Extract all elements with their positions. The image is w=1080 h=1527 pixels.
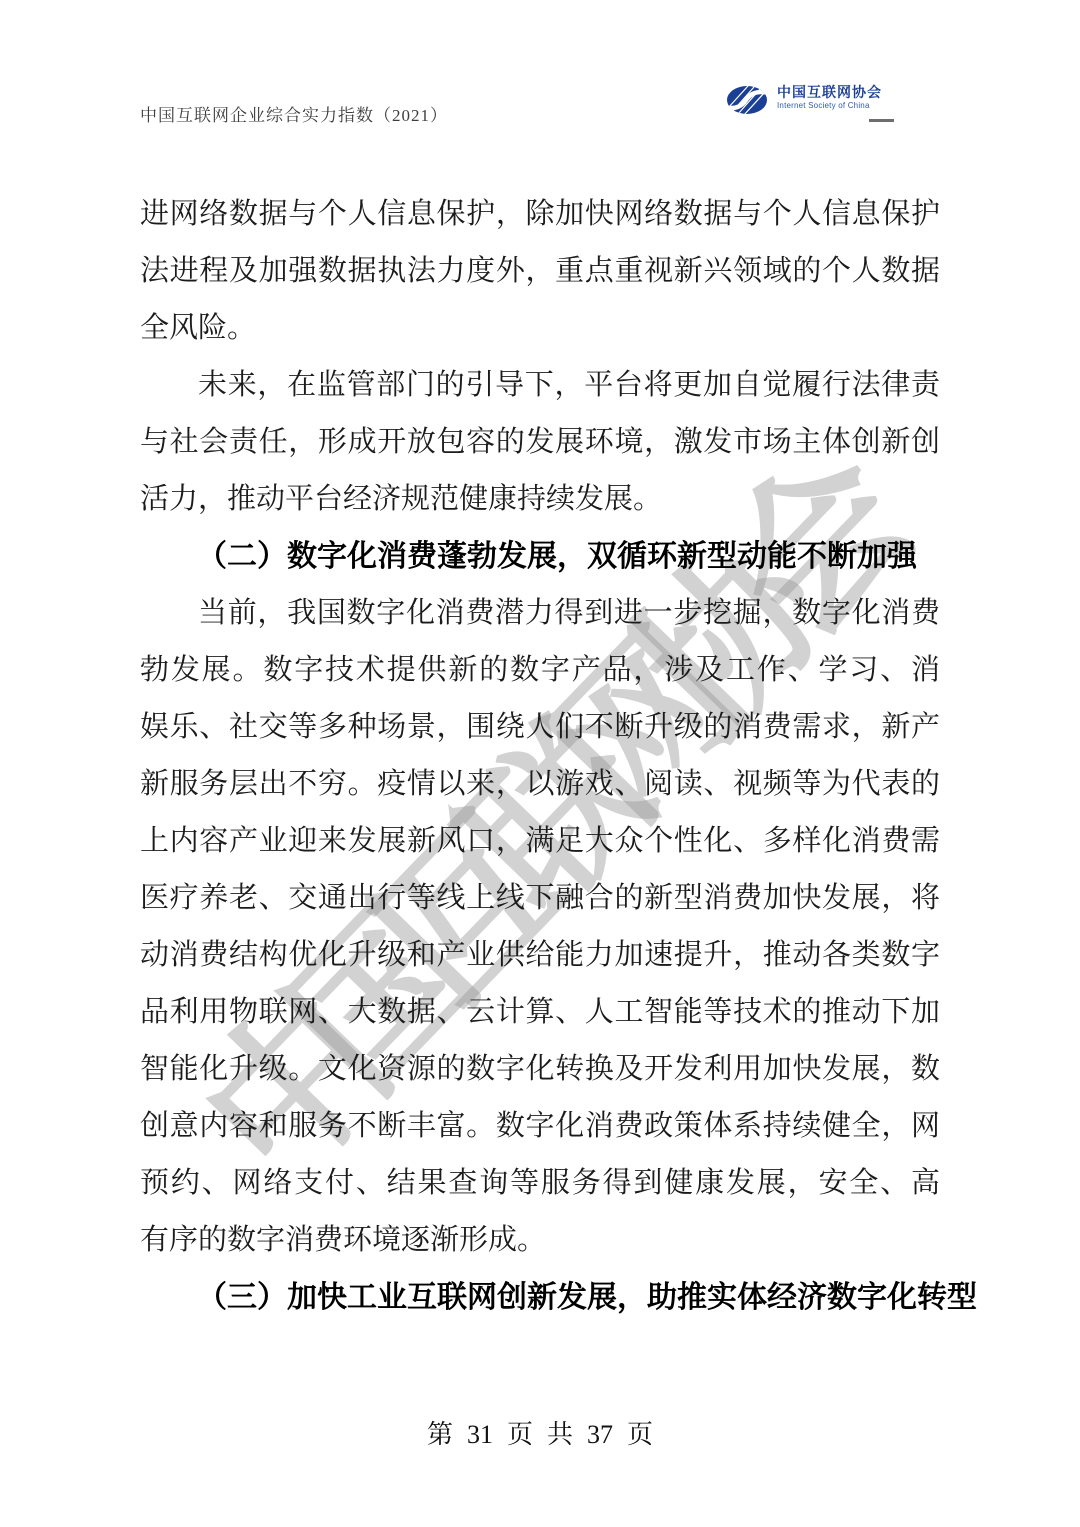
- footer-label-page-end: 页: [627, 1420, 653, 1449]
- org-name-en: Internet Society of China: [777, 101, 882, 110]
- section-heading-3: （三）加快工业互联网创新发展，助推实体经济数字化转型: [140, 1269, 940, 1326]
- footer-current-page: 31: [467, 1420, 493, 1449]
- text-line: 动消费结构优化升级和产业供给能力加速提升，推动各类数字产: [140, 927, 940, 984]
- text-line: 全风险。: [140, 300, 940, 357]
- org-logo-text: 中国互联网协会 Internet Society of China: [777, 84, 882, 110]
- text-line: 法进程及加强数据执法力度外，重点重视新兴领域的个人数据安: [140, 243, 940, 300]
- page-footer: 第31页共37页: [0, 1418, 1080, 1452]
- text-line: 预约、网络支付、结果查询等服务得到健康发展，安全、高效、: [140, 1155, 940, 1212]
- text-line: 有序的数字消费环境逐渐形成。: [140, 1212, 940, 1269]
- footer-total-pages: 37: [587, 1420, 613, 1449]
- text-line: 品利用物联网、大数据、云计算、人工智能等技术的推动下加快: [140, 984, 940, 1041]
- org-name-zh: 中国互联网协会: [777, 84, 882, 100]
- text-line: 娱乐、社交等多种场景，围绕人们不断升级的消费需求，新产品、: [140, 699, 940, 756]
- text-line: 当前，我国数字化消费潜力得到进一步挖掘，数字化消费蓬: [140, 585, 940, 642]
- isoc-globe-icon: [726, 84, 768, 116]
- header-doc-title: 中国互联网企业综合实力指数（2021）: [140, 101, 448, 126]
- text-line: 医疗养老、交通出行等线上线下融合的新型消费加快发展，将推: [140, 870, 940, 927]
- footer-label-page: 页: [507, 1420, 533, 1449]
- text-line: 上内容产业迎来发展新风口，满足大众个性化、多样化消费需求。: [140, 813, 940, 870]
- document-page: 中国互联网协会 中国互联网企业综合实力指数（2021） 中国互联网协会 Inte…: [0, 0, 1080, 1527]
- text-line: 新服务层出不穷。疫情以来，以游戏、阅读、视频等为代表的线: [140, 756, 940, 813]
- text-line: 未来，在监管部门的引导下，平台将更加自觉履行法律责任: [140, 357, 940, 414]
- text-line: 与社会责任，形成开放包容的发展环境，激发市场主体创新创造: [140, 414, 940, 471]
- org-logo: 中国互联网协会 Internet Society of China: [726, 84, 882, 116]
- footer-label-of: 共: [547, 1420, 573, 1449]
- document-body: 进网络数据与个人信息保护，除加快网络数据与个人信息保护立 法进程及加强数据执法力…: [140, 186, 940, 1326]
- text-line: 进网络数据与个人信息保护，除加快网络数据与个人信息保护立: [140, 186, 940, 243]
- text-line: 活力，推动平台经济规范健康持续发展。: [140, 471, 940, 528]
- header-dash: [869, 119, 894, 122]
- footer-label-prefix: 第: [427, 1420, 453, 1449]
- section-heading-2: （二）数字化消费蓬勃发展，双循环新型动能不断加强: [140, 528, 940, 585]
- text-line: 勃发展。数字技术提供新的数字产品，涉及工作、学习、消费、: [140, 642, 940, 699]
- text-line: 创意内容和服务不断丰富。数字化消费政策体系持续健全，网上: [140, 1098, 940, 1155]
- text-line: 智能化升级。文化资源的数字化转换及开发利用加快发展，数字: [140, 1041, 940, 1098]
